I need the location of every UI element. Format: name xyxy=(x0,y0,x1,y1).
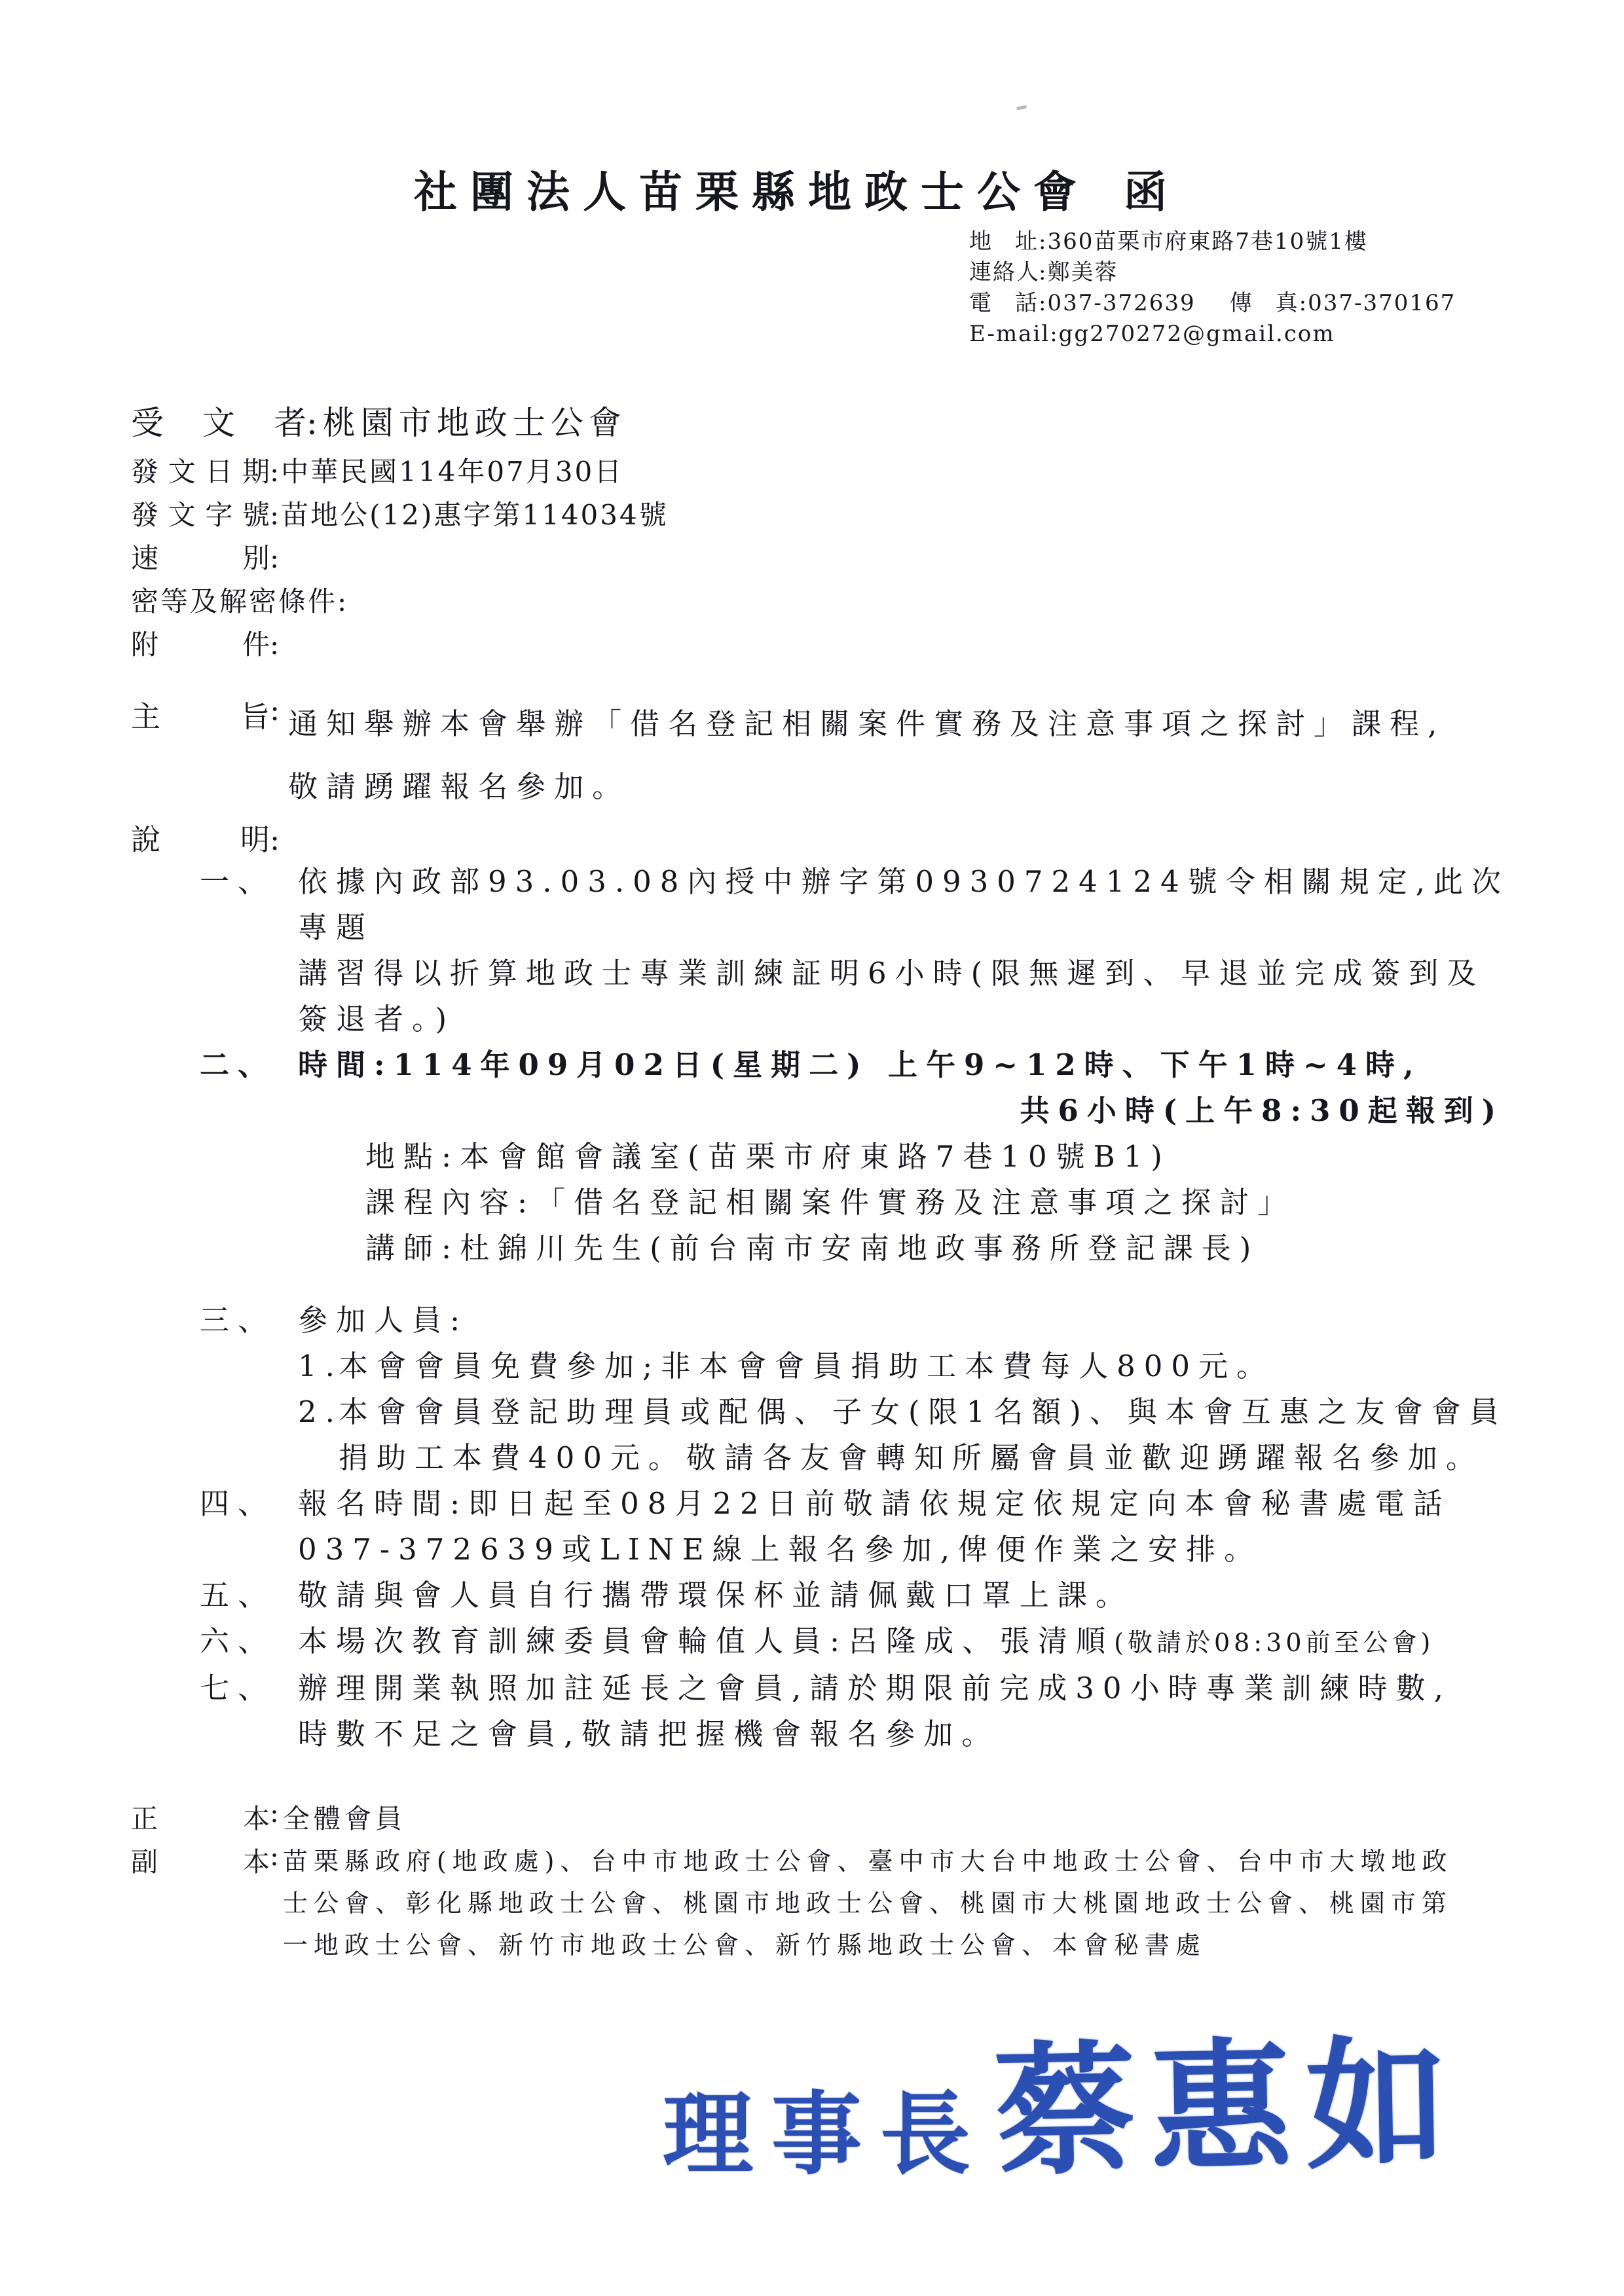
subject-line: 敬請踴躍報名參加。 xyxy=(288,756,1445,818)
copy-recipients: 苗栗縣政府(地政處)、台中市地政士公會、臺中市大台中地政士公會、台中市大墩地政 … xyxy=(283,1840,1453,1966)
subject-block: 主旨: 通知舉辦本會舉辦「借名登記相關案件實務及注意事項之探討」課程, 敬請踴躍… xyxy=(131,693,1445,818)
colon: : xyxy=(270,499,281,531)
colon: : xyxy=(1039,288,1047,319)
recipient-label: 受文者 xyxy=(131,397,306,444)
item-text: 本場次教育訓練委員會輪值人員:呂隆成、張清順(敬請於08:30前至公會) xyxy=(298,1618,1516,1666)
item-line: 本會會員免費參加;非本會會員捐助工本費每人800元。 xyxy=(339,1343,1516,1389)
item-line: 本會會員登記助理員或配偶、子女(限1名額)、與本會互惠之友會會員 xyxy=(339,1389,1516,1435)
item-text: 辦理開業執照加註延長之會員,請於期限前完成30小時專業訓練時數, 時數不足之會員… xyxy=(298,1666,1516,1757)
copy-label: 副本 xyxy=(131,1840,270,1966)
explanation-list: 一、 依據內政部93.03.08內授中辦字第0930724124號令相關規定,此… xyxy=(200,859,1516,1757)
letterhead-contact-block: 地址:360苗栗市府東路7巷10號1樓 連絡人:鄭美蓉 電話:037-37263… xyxy=(969,227,1456,350)
list-item: 一、 依據內政部93.03.08內授中辦字第0930724124號令相關規定,此… xyxy=(200,859,1516,1042)
colon: : xyxy=(270,822,280,857)
item-number: 四、 xyxy=(200,1481,298,1573)
meta-block: 發文日期:中華民國114年07月30日 發文字號:苗地公(12)惠字第11403… xyxy=(131,450,669,666)
list-item: 七、 辦理開業執照加註延長之會員,請於期限前完成30小時專業訓練時數, 時數不足… xyxy=(200,1666,1516,1757)
security-row: 密等及解密條件: xyxy=(131,580,669,623)
original-value: 全體會員 xyxy=(283,1797,406,1840)
list-item: 二、 時間:114年09月02日(星期二) 上午9~12時、下午1時~4時, 共… xyxy=(200,1042,1516,1271)
copy-line: 一地政士公會、新竹市地政士公會、新竹縣地政士公會、本會秘書處 xyxy=(283,1924,1453,1966)
item-line: 時數不足之會員,敬請把握機會報名參加。 xyxy=(298,1711,1516,1757)
issue-date-label: 發文日期 xyxy=(131,450,270,490)
item-line: 講習得以折算地政士專業訓練証明6小時(限無遲到、早退並完成簽到及 xyxy=(298,951,1516,996)
attachment-row: 附件: xyxy=(131,623,669,666)
item-text: 依據內政部93.03.08內授中辦字第0930724124號令相關規定,此次專題… xyxy=(298,859,1516,1042)
email-row: E-mail:gg270272@gmail.com xyxy=(969,319,1456,350)
address-value: 360苗栗市府東路7巷10號1樓 xyxy=(1047,228,1367,255)
colon: : xyxy=(270,1840,283,1966)
email-label: E-mail xyxy=(969,321,1050,347)
colon: : xyxy=(270,693,288,818)
item-sub-lines: 地點:本會館會議室(苗栗市府東路7巷10號B1) 課程內容:「借名登記相關案件實… xyxy=(365,1134,1516,1271)
item-number: 二、 xyxy=(200,1042,298,1271)
phone-fax-row: 電話:037-372639傳真:037-370167 xyxy=(969,288,1456,319)
document-title: 社團法人苗栗縣地政士公會函 xyxy=(414,157,1180,219)
subject-label: 主旨 xyxy=(131,693,270,818)
original-label: 正本 xyxy=(131,1797,270,1840)
subject-line: 通知舉辦本會舉辦「借名登記相關案件實務及注意事項之探討」課程, xyxy=(288,693,1445,756)
sub-text: 本會會員免費參加;非本會會員捐助工本費每人800元。 xyxy=(339,1343,1516,1389)
recipient-value: 桃園市地政士公會 xyxy=(323,404,627,442)
list-item: 四、 報名時間:即日起至08月22日前敬請依規定依規定向本會秘書處電話 037-… xyxy=(200,1481,1516,1573)
fax-value: 037-370167 xyxy=(1308,290,1456,316)
contact-person-row: 連絡人:鄭美蓉 xyxy=(969,257,1456,288)
item-line: 簽退者。) xyxy=(298,996,1516,1042)
item-number: 六、 xyxy=(200,1618,298,1666)
item-number: 七、 xyxy=(200,1666,298,1757)
item-line: 037-372639或LINE線上報名參加,俾便作業之安排。 xyxy=(298,1527,1516,1573)
phone-label: 電話 xyxy=(969,288,1039,319)
subject-text: 通知舉辦本會舉辦「借名登記相關案件實務及注意事項之探討」課程, 敬請踴躍報名參加… xyxy=(288,693,1445,818)
copy-line: 苗栗縣政府(地政處)、台中市地政士公會、臺中市大台中地政士公會、台中市大墩地政 xyxy=(283,1840,1453,1882)
cc-block: 正本: 全體會員 副本: 苗栗縣政府(地政處)、台中市地政士公會、臺中市大台中地… xyxy=(131,1797,1452,1966)
item-line-note: (敬請於08:30前至公會) xyxy=(1114,1628,1434,1657)
numbered-item: 2. 本會會員登記助理員或配偶、子女(限1名額)、與本會互惠之友會會員 捐助工本… xyxy=(298,1389,1516,1481)
issue-date-row: 發文日期:中華民國114年07月30日 xyxy=(131,450,669,494)
doc-type: 函 xyxy=(1124,166,1180,217)
official-letter-page: 社團法人苗栗縣地政士公會函 地址:360苗栗市府東路7巷10號1樓 連絡人:鄭美… xyxy=(0,0,1624,2296)
org-name: 社團法人苗栗縣地政士公會 xyxy=(414,166,1090,217)
address-label: 地址 xyxy=(969,227,1039,257)
item-number: 五、 xyxy=(200,1573,298,1618)
colon: : xyxy=(1039,257,1047,288)
item-line-right: 共6小時(上午8:30起報到) xyxy=(298,1088,1516,1134)
item-line: 時間:114年09月02日(星期二) 上午9~12時、下午1時~4時, xyxy=(298,1042,1516,1088)
item-text: 參加人員: 1. 本會會員免費參加;非本會會員捐助工本費每人800元。 2. 本… xyxy=(298,1298,1516,1481)
email-value: gg270272@gmail.com xyxy=(1059,321,1335,347)
speed-row: 速別: xyxy=(131,537,669,580)
copy-line: 士公會、彰化縣地政士公會、桃園市地政士公會、桃園市大桃園地政士公會、桃園市第 xyxy=(283,1882,1453,1924)
item-text: 敬請與會人員自行攜帶環保杯並請佩戴口罩上課。 xyxy=(298,1573,1516,1618)
colon: : xyxy=(270,542,281,574)
item-number: 一、 xyxy=(200,859,298,1042)
chairman-name-signature: 蔡惠如 xyxy=(992,1990,1463,2202)
item-line: 報名時間:即日起至08月22日前敬請依規定依規定向本會秘書處電話 xyxy=(298,1481,1516,1527)
fax-label: 傳真 xyxy=(1230,288,1299,319)
colon: : xyxy=(270,629,281,661)
security-label: 密等及解密條件 xyxy=(131,585,337,617)
item-line: 捐助工本費400元。敬請各友會轉知所屬會員並歡迎踴躍報名參加。 xyxy=(339,1435,1516,1481)
colon: : xyxy=(270,1797,283,1840)
sub-number: 1. xyxy=(298,1343,339,1389)
list-item: 五、 敬請與會人員自行攜帶環保杯並請佩戴口罩上課。 xyxy=(200,1573,1516,1618)
item-sub-line: 講師:杜錦川先生(前台南市安南地政事務所登記課長) xyxy=(365,1226,1516,1271)
item-line-text: 本場次教育訓練委員會輪值人員:呂隆成、張清順 xyxy=(298,1624,1114,1658)
original-copy-row: 正本: 全體會員 xyxy=(131,1797,1452,1840)
item-sub-line: 課程內容:「借名登記相關案件實務及注意事項之探討」 xyxy=(365,1180,1516,1226)
attachment-label: 附件 xyxy=(131,623,270,663)
chairman-title-stamp: 理事長 xyxy=(663,2062,989,2192)
colon: : xyxy=(337,585,348,617)
item-line: 本場次教育訓練委員會輪值人員:呂隆成、張清順(敬請於08:30前至公會) xyxy=(298,1618,1516,1666)
item-text: 報名時間:即日起至08月22日前敬請依規定依規定向本會秘書處電話 037-372… xyxy=(298,1481,1516,1573)
numbered-sub-list: 1. 本會會員免費參加;非本會會員捐助工本費每人800元。 2. 本會會員登記助… xyxy=(298,1343,1516,1481)
doc-number-label: 發文字號 xyxy=(131,494,270,533)
contact-value: 鄭美蓉 xyxy=(1047,259,1118,285)
issue-date-value: 中華民國114年07月30日 xyxy=(281,456,623,488)
item-line: 依據內政部93.03.08內授中辦字第0930724124號令相關規定,此次專題 xyxy=(298,859,1516,951)
carbon-copy-row: 副本: 苗栗縣政府(地政處)、台中市地政士公會、臺中市大台中地政士公會、台中市大… xyxy=(131,1840,1452,1966)
colon: : xyxy=(306,404,323,442)
list-item: 三、 參加人員: 1. 本會會員免費參加;非本會會員捐助工本費每人800元。 2… xyxy=(200,1298,1516,1481)
colon: : xyxy=(270,456,281,488)
doc-number-row: 發文字號:苗地公(12)惠字第114034號 xyxy=(131,494,669,537)
explanation-label: 說明 xyxy=(131,816,270,858)
colon: : xyxy=(1039,227,1047,257)
doc-number-value: 苗地公(12)惠字第114034號 xyxy=(281,499,669,531)
list-item: 六、 本場次教育訓練委員會輪值人員:呂隆成、張清順(敬請於08:30前至公會) xyxy=(200,1618,1516,1666)
item-line: 敬請與會人員自行攜帶環保杯並請佩戴口罩上課。 xyxy=(298,1573,1516,1618)
item-number: 三、 xyxy=(200,1298,298,1481)
sub-text: 本會會員登記助理員或配偶、子女(限1名額)、與本會互惠之友會會員 捐助工本費40… xyxy=(339,1389,1516,1481)
contact-label: 連絡人 xyxy=(969,257,1039,288)
item-text: 時間:114年09月02日(星期二) 上午9~12時、下午1時~4時, 共6小時… xyxy=(298,1042,1516,1271)
item-sub-line: 地點:本會館會議室(苗栗市府東路7巷10號B1) xyxy=(365,1134,1516,1180)
colon: : xyxy=(1050,319,1058,350)
address-row: 地址:360苗栗市府東路7巷10號1樓 xyxy=(969,227,1456,257)
recipient-row: 受文者:桃園市地政士公會 xyxy=(131,397,627,444)
item-line: 參加人員: xyxy=(298,1298,1516,1343)
item-line: 辦理開業執照加註延長之會員,請於期限前完成30小時專業訓練時數, xyxy=(298,1666,1516,1711)
numbered-item: 1. 本會會員免費參加;非本會會員捐助工本費每人800元。 xyxy=(298,1343,1516,1389)
explanation-heading: 說明: xyxy=(131,816,280,858)
speed-label: 速別 xyxy=(131,537,270,576)
colon: : xyxy=(1299,288,1308,319)
sub-number: 2. xyxy=(298,1389,339,1481)
scan-artifact xyxy=(1016,105,1027,110)
phone-value: 037-372639 xyxy=(1047,290,1195,316)
